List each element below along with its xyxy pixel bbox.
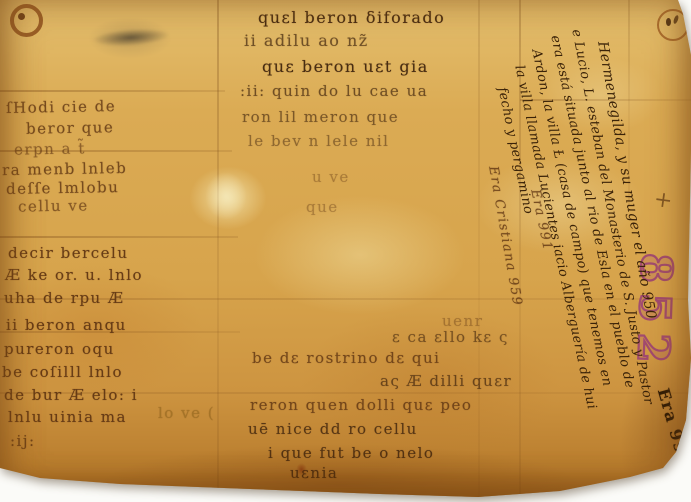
manuscript-line: erpn a t̃ [14,139,86,158]
manuscript-line: pureron oqu [4,340,115,358]
manuscript-line: quεl beron δiforado [258,8,445,27]
manuscript-line: ε ca εllo kε ς [392,328,509,346]
manuscript-line: ron lil meron que [242,108,399,126]
ink-circle-dot [673,15,680,25]
manuscript-line: deſſe lmlobu [6,178,120,198]
era-993-annotation: Era 993 [654,386,691,469]
manuscript-line: de bur Æ elo: i [4,386,138,404]
manuscript-line: uεnia [290,464,338,482]
manuscript-line: aς Æ dilli quεr [380,372,512,390]
manuscript-line: uha de rpu Æ [4,289,125,307]
manuscript-line: ii adilu ao nz̃ [244,31,369,50]
manuscript-line: lnlu uinia ma [8,408,127,426]
manuscript-line: Æ ke or. u. lnlo [5,266,143,284]
horizontal-crease [0,236,238,238]
manuscript-line: be dε rostrino dε qui [252,349,440,367]
manuscript-line: beror que [26,118,115,138]
faint-word: que [306,198,339,216]
ink-smudge [92,26,171,48]
manuscript-line: lo ve ( [158,404,215,422]
light-stain [205,172,247,220]
manuscript-line: le bev n lele nil [248,132,389,150]
manuscript-photo: + 8 5 2 ſHodi cie de beror que erpn a t̃… [0,0,691,502]
manuscript-line: ra menb lnleb [2,159,128,179]
manuscript-line: i que fut be o nelo [268,444,434,462]
ink-ring-mark [10,4,43,37]
cross-mark: + [652,187,674,214]
manuscript-line: ii beron anqu [6,316,127,334]
vertical-fold-crease [478,0,480,502]
manuscript-line: decir bercelu [8,244,129,262]
manuscript-line: uē nice dd ro cellu [248,420,418,438]
vertical-fold-crease [217,0,219,502]
manuscript-line: quε beron uεt gia [262,57,429,76]
manuscript-line: cellu ve [18,196,89,215]
ink-ring-center-dot [18,13,25,20]
manuscript-line: reron quen dolli quε peo [250,396,472,414]
ink-circle-mark [657,9,689,41]
horizontal-crease [0,90,225,92]
faint-word: u ve [312,168,350,186]
manuscript-line: be coſilll lnlo [2,363,123,381]
manuscript-line: ſHodi cie de [6,97,116,117]
parchment-sheet: + 8 5 2 ſHodi cie de beror que erpn a t̃… [0,0,691,502]
ink-circle-dot [666,18,671,26]
manuscript-line: :ii: quin do lu cae ua [240,82,428,100]
manuscript-line: :ij: [10,432,36,450]
